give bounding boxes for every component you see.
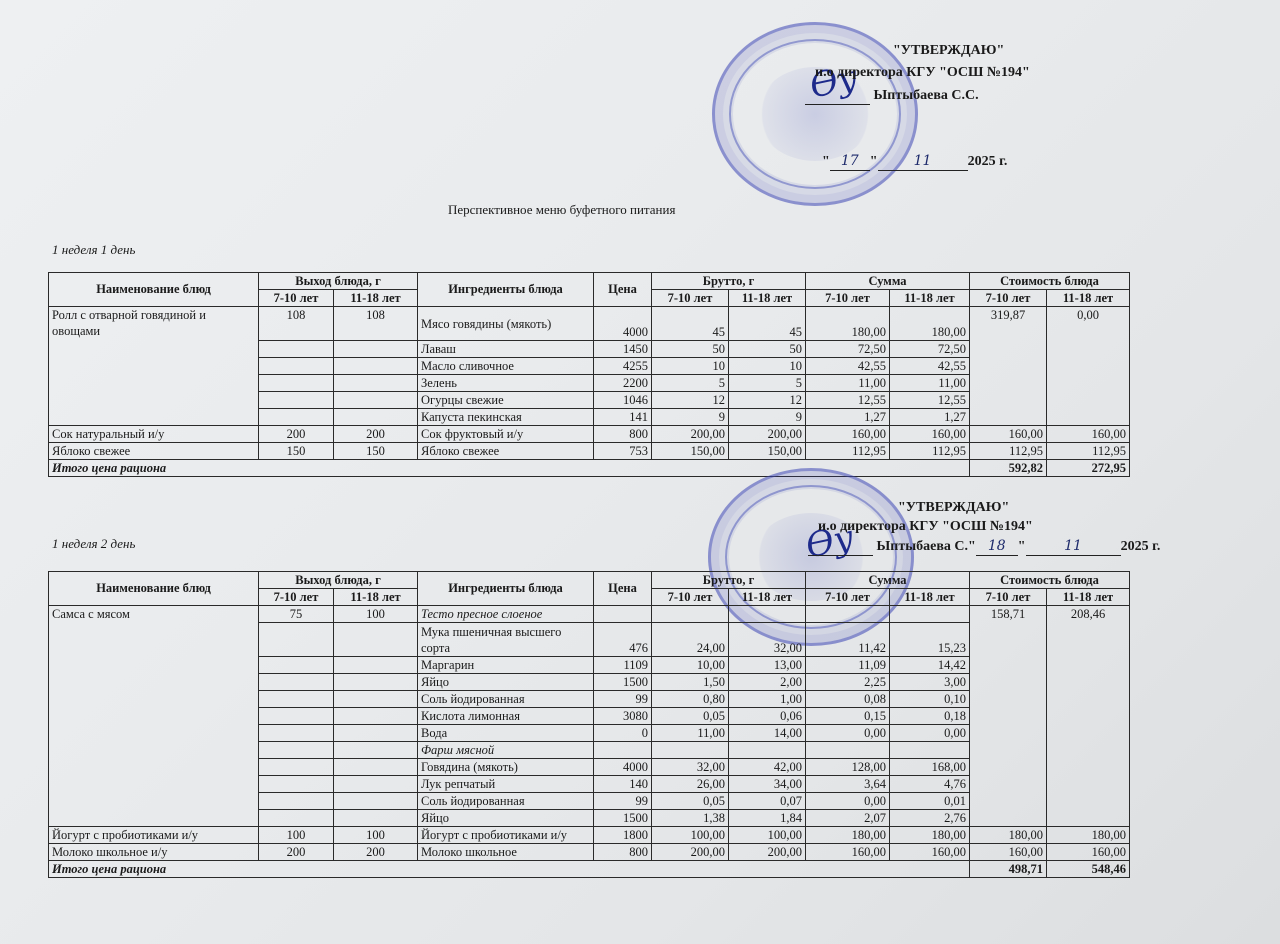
header-age-old: 11-18 лет (890, 589, 970, 606)
yield-young-empty (259, 708, 334, 725)
header-age-old: 11-18 лет (729, 290, 806, 307)
yield-young: 108 (259, 307, 334, 341)
sum-old: 42,55 (890, 358, 970, 375)
sum-old: 72,50 (890, 341, 970, 358)
date-day-1: 17 (830, 152, 870, 171)
ingredient: Фарш мясной (418, 742, 594, 759)
sum-young: 42,55 (806, 358, 890, 375)
gross-young: 45 (652, 307, 729, 341)
yield-old: 100 (334, 827, 418, 844)
header-ingredients: Ингредиенты блюда (418, 572, 594, 606)
yield-old-empty (334, 776, 418, 793)
gross-old: 10 (729, 358, 806, 375)
date-day-2: 18 (976, 537, 1018, 556)
official-stamp-1 (712, 22, 918, 206)
sum-young: 11,42 (806, 623, 890, 657)
sum-young: 1,27 (806, 409, 890, 426)
dish-cost-young: 112,95 (970, 443, 1047, 460)
gross-old: 14,00 (729, 725, 806, 742)
price (594, 606, 652, 623)
ingredient: Тесто пресное слоеное (418, 606, 594, 623)
yield-old: 150 (334, 443, 418, 460)
sum-young: 72,50 (806, 341, 890, 358)
sum-young: 112,95 (806, 443, 890, 460)
header-age-young: 7-10 лет (652, 290, 729, 307)
date-month-2: 11 (1026, 537, 1121, 556)
dish-cost-young: 158,71 (970, 606, 1047, 827)
header-dish-name: Наименование блюд (49, 273, 259, 307)
ingredient: Йогурт с пробиотиками и/у (418, 827, 594, 844)
header-age-old: 11-18 лет (334, 589, 418, 606)
sum-young: 11,09 (806, 657, 890, 674)
sum-old: 112,95 (890, 443, 970, 460)
table-row: Самса с мясом75100Тесто пресное слоеное1… (49, 606, 1130, 623)
gross-young: 24,00 (652, 623, 729, 657)
dish-name: Яблоко свежее (49, 443, 259, 460)
ingredient: Яйцо (418, 810, 594, 827)
date-month-1: 11 (878, 152, 968, 171)
sum-young: 0,00 (806, 793, 890, 810)
dish-name: Ролл с отварной говядиной и овощами (49, 307, 259, 426)
dish-cost-young: 160,00 (970, 426, 1047, 443)
yield-old-empty (334, 708, 418, 725)
gross-old: 5 (729, 375, 806, 392)
sum-young: 0,00 (806, 725, 890, 742)
header-price: Цена (594, 273, 652, 307)
header-age-old: 11-18 лет (334, 290, 418, 307)
dish-cost-old: 208,46 (1047, 606, 1130, 827)
ingredient: Соль йодированная (418, 793, 594, 810)
date-year-2: 2025 г. (1121, 539, 1161, 554)
dish-cost-old: 160,00 (1047, 426, 1130, 443)
price (594, 742, 652, 759)
ingredient: Молоко школьное (418, 844, 594, 861)
gross-young: 1,50 (652, 674, 729, 691)
header-dish-cost: Стоимость блюда (970, 572, 1130, 589)
gross-young: 100,00 (652, 827, 729, 844)
price: 4000 (594, 307, 652, 341)
sum-old: 180,00 (890, 307, 970, 341)
gross-young: 0,05 (652, 708, 729, 725)
sum-young: 2,25 (806, 674, 890, 691)
dish-name: Самса с мясом (49, 606, 259, 827)
price: 140 (594, 776, 652, 793)
price: 99 (594, 793, 652, 810)
sum-old: 168,00 (890, 759, 970, 776)
sum-old: 0,00 (890, 725, 970, 742)
yield-old-empty (334, 793, 418, 810)
yield-old-empty (334, 657, 418, 674)
gross-young: 26,00 (652, 776, 729, 793)
header-ingredients: Ингредиенты блюда (418, 273, 594, 307)
dish-name: Йогурт с пробиотиками и/у (49, 827, 259, 844)
total-row: Итого цена рациона498,71548,46 (49, 861, 1130, 878)
gross-old (729, 742, 806, 759)
gross-old: 9 (729, 409, 806, 426)
dish-cost-old: 160,00 (1047, 844, 1130, 861)
sum-old (890, 742, 970, 759)
header-age-young: 7-10 лет (806, 290, 890, 307)
yield-old-empty (334, 725, 418, 742)
yield-young-empty (259, 623, 334, 657)
table-row: Сок натуральный и/у200200Сок фруктовый и… (49, 426, 1130, 443)
sum-young: 160,00 (806, 426, 890, 443)
sum-young (806, 742, 890, 759)
dish-cost-old: 112,95 (1047, 443, 1130, 460)
sum-young (806, 606, 890, 623)
gross-old: 50 (729, 341, 806, 358)
sum-young: 12,55 (806, 392, 890, 409)
price: 99 (594, 691, 652, 708)
gross-old: 1,00 (729, 691, 806, 708)
gross-old: 150,00 (729, 443, 806, 460)
total-row: Итого цена рациона 592,82 272,95 (49, 460, 1130, 477)
price: 800 (594, 844, 652, 861)
day-heading-2: 1 неделя 2 день (52, 536, 135, 552)
price: 1500 (594, 810, 652, 827)
gross-young: 50 (652, 341, 729, 358)
sum-young: 2,07 (806, 810, 890, 827)
yield-young: 150 (259, 443, 334, 460)
ingredient: Капуста пекинская (418, 409, 594, 426)
ingredient: Говядина (мякоть) (418, 759, 594, 776)
price: 2200 (594, 375, 652, 392)
header-sum: Сумма (806, 572, 970, 589)
approval-heading-1: "УТВЕРЖДАЮ" (893, 42, 1004, 60)
price: 1800 (594, 827, 652, 844)
gross-old: 2,00 (729, 674, 806, 691)
sum-old: 2,76 (890, 810, 970, 827)
gross-young: 12 (652, 392, 729, 409)
gross-old: 45 (729, 307, 806, 341)
ingredient: Яблоко свежее (418, 443, 594, 460)
header-age-young: 7-10 лет (652, 589, 729, 606)
table-row: Йогурт с пробиотиками и/у100100Йогурт с … (49, 827, 1130, 844)
dish-cost-old: 0,00 (1047, 307, 1130, 426)
gross-old: 0,07 (729, 793, 806, 810)
sum-old: 15,23 (890, 623, 970, 657)
header-age-young: 7-10 лет (259, 589, 334, 606)
sum-old: 180,00 (890, 827, 970, 844)
gross-young: 11,00 (652, 725, 729, 742)
table-row: Молоко школьное и/у200200Молоко школьное… (49, 844, 1130, 861)
yield-old-empty (334, 691, 418, 708)
sum-young: 0,08 (806, 691, 890, 708)
gross-old: 34,00 (729, 776, 806, 793)
gross-old: 13,00 (729, 657, 806, 674)
header-age-old: 11-18 лет (729, 589, 806, 606)
gross-young: 0,05 (652, 793, 729, 810)
price: 0 (594, 725, 652, 742)
dish-cost-young: 160,00 (970, 844, 1047, 861)
ingredient: Зелень (418, 375, 594, 392)
header-sum: Сумма (806, 273, 970, 290)
total-young: 498,71 (970, 861, 1047, 878)
dish-name: Молоко школьное и/у (49, 844, 259, 861)
header-gross: Брутто, г (652, 273, 806, 290)
table-row: Ролл с отварной говядиной и овощами 108 … (49, 307, 1130, 341)
sum-old: 0,01 (890, 793, 970, 810)
yield-young-empty (259, 691, 334, 708)
yield-old: 108 (334, 307, 418, 341)
gross-young (652, 606, 729, 623)
approval-signatory-2: Ыптыбаева С."18"112025 г. (808, 537, 1160, 556)
gross-young: 1,38 (652, 810, 729, 827)
price: 1500 (594, 674, 652, 691)
ingredient: Вода (418, 725, 594, 742)
approval-heading-2: "УТВЕРЖДАЮ" (898, 499, 1009, 517)
gross-young: 10 (652, 358, 729, 375)
yield-young-empty (259, 776, 334, 793)
price: 141 (594, 409, 652, 426)
yield-young-empty (259, 742, 334, 759)
gross-young: 32,00 (652, 759, 729, 776)
sum-young: 180,00 (806, 827, 890, 844)
total-label: Итого цена рациона (49, 460, 970, 477)
approval-position-2: и.о директора КГУ "ОСШ №194" (818, 518, 1033, 536)
header-dish-cost: Стоимость блюда (970, 273, 1130, 290)
yield-young-empty (259, 793, 334, 810)
ingredient: Лук репчатый (418, 776, 594, 793)
yield-old: 200 (334, 426, 418, 443)
yield-young-empty (259, 759, 334, 776)
header-age-old: 11-18 лет (890, 290, 970, 307)
table-row: Яблоко свежее150150Яблоко свежее753150,0… (49, 443, 1130, 460)
total-old: 272,95 (1047, 460, 1130, 477)
sum-young: 180,00 (806, 307, 890, 341)
gross-young: 0,80 (652, 691, 729, 708)
sum-old: 1,27 (890, 409, 970, 426)
sum-old: 12,55 (890, 392, 970, 409)
sum-old: 160,00 (890, 844, 970, 861)
dish-cost-young: 180,00 (970, 827, 1047, 844)
price: 4000 (594, 759, 652, 776)
price: 1046 (594, 392, 652, 409)
sum-young: 160,00 (806, 844, 890, 861)
ingredient: Сок фруктовый и/у (418, 426, 594, 443)
gross-old (729, 606, 806, 623)
gross-old: 100,00 (729, 827, 806, 844)
header-age-young: 7-10 лет (806, 589, 890, 606)
yield-young-empty (259, 657, 334, 674)
header-age-young: 7-10 лет (970, 290, 1047, 307)
price: 4255 (594, 358, 652, 375)
header-yield: Выход блюда, г (259, 572, 418, 589)
gross-young: 5 (652, 375, 729, 392)
yield-young: 100 (259, 827, 334, 844)
yield-young: 200 (259, 844, 334, 861)
menu-table-day2: Наименование блюд Выход блюда, г Ингреди… (48, 571, 1130, 878)
price: 3080 (594, 708, 652, 725)
sum-young: 3,64 (806, 776, 890, 793)
approval-date-1: "17"112025 г. (822, 152, 1007, 171)
dish-cost-old: 180,00 (1047, 827, 1130, 844)
dish-cost-young: 319,87 (970, 307, 1047, 426)
yield-young: 75 (259, 606, 334, 623)
gross-old: 200,00 (729, 426, 806, 443)
header-age-young: 7-10 лет (970, 589, 1047, 606)
sum-old: 160,00 (890, 426, 970, 443)
yield-old-empty (334, 759, 418, 776)
total-old: 548,46 (1047, 861, 1130, 878)
day-heading-1: 1 неделя 1 день (52, 242, 135, 258)
gross-young: 200,00 (652, 426, 729, 443)
yield-young-empty (259, 725, 334, 742)
yield-young: 200 (259, 426, 334, 443)
gross-young: 150,00 (652, 443, 729, 460)
date-year-1: 2025 г. (968, 154, 1008, 169)
document-title: Перспективное меню буфетного питания (448, 202, 675, 218)
sum-old: 11,00 (890, 375, 970, 392)
price: 1109 (594, 657, 652, 674)
ingredient: Кислота лимонная (418, 708, 594, 725)
ingredient: Лаваш (418, 341, 594, 358)
gross-old: 200,00 (729, 844, 806, 861)
approval-signatory-1: Ыптыбаева С.С. (805, 86, 979, 105)
sum-young: 11,00 (806, 375, 890, 392)
gross-old: 32,00 (729, 623, 806, 657)
ingredient: Огурцы свежие (418, 392, 594, 409)
ingredient: Маргарин (418, 657, 594, 674)
yield-old: 200 (334, 844, 418, 861)
ingredient: Соль йодированная (418, 691, 594, 708)
header-age-old: 11-18 лет (1047, 589, 1130, 606)
yield-old-empty (334, 810, 418, 827)
ingredient: Мука пшеничная высшего сорта (418, 623, 594, 657)
sum-old: 3,00 (890, 674, 970, 691)
header-gross: Брутто, г (652, 572, 806, 589)
ingredient: Мясо говядины (мякоть) (418, 307, 594, 341)
gross-young: 10,00 (652, 657, 729, 674)
sum-old: 4,76 (890, 776, 970, 793)
yield-young-empty (259, 674, 334, 691)
sum-old: 0,10 (890, 691, 970, 708)
sum-old: 0,18 (890, 708, 970, 725)
yield-old-empty (334, 742, 418, 759)
ingredient: Масло сливочное (418, 358, 594, 375)
header-yield: Выход блюда, г (259, 273, 418, 290)
signatory-name-2: Ыптыбаева С." (877, 539, 976, 554)
gross-old: 42,00 (729, 759, 806, 776)
sum-old (890, 606, 970, 623)
price: 753 (594, 443, 652, 460)
dish-name: Сок натуральный и/у (49, 426, 259, 443)
yield-old: 100 (334, 606, 418, 623)
menu-table-day1: Наименование блюд Выход блюда, г Ингреди… (48, 272, 1130, 477)
gross-old: 1,84 (729, 810, 806, 827)
header-age-young: 7-10 лет (259, 290, 334, 307)
gross-old: 0,06 (729, 708, 806, 725)
yield-old-empty (334, 623, 418, 657)
header-age-old: 11-18 лет (1047, 290, 1130, 307)
ingredient: Яйцо (418, 674, 594, 691)
signatory-name-1: Ыптыбаева С.С. (874, 88, 979, 103)
header-dish-name: Наименование блюд (49, 572, 259, 606)
gross-young (652, 742, 729, 759)
header-price: Цена (594, 572, 652, 606)
sum-young: 128,00 (806, 759, 890, 776)
price: 800 (594, 426, 652, 443)
price: 1450 (594, 341, 652, 358)
gross-young: 200,00 (652, 844, 729, 861)
yield-young-empty (259, 810, 334, 827)
total-label: Итого цена рациона (49, 861, 970, 878)
price: 476 (594, 623, 652, 657)
sum-young: 0,15 (806, 708, 890, 725)
gross-young: 9 (652, 409, 729, 426)
total-young: 592,82 (970, 460, 1047, 477)
sum-old: 14,42 (890, 657, 970, 674)
yield-old-empty (334, 674, 418, 691)
approval-position-1: и.о директора КГУ "ОСШ №194" (815, 64, 1030, 82)
gross-old: 12 (729, 392, 806, 409)
